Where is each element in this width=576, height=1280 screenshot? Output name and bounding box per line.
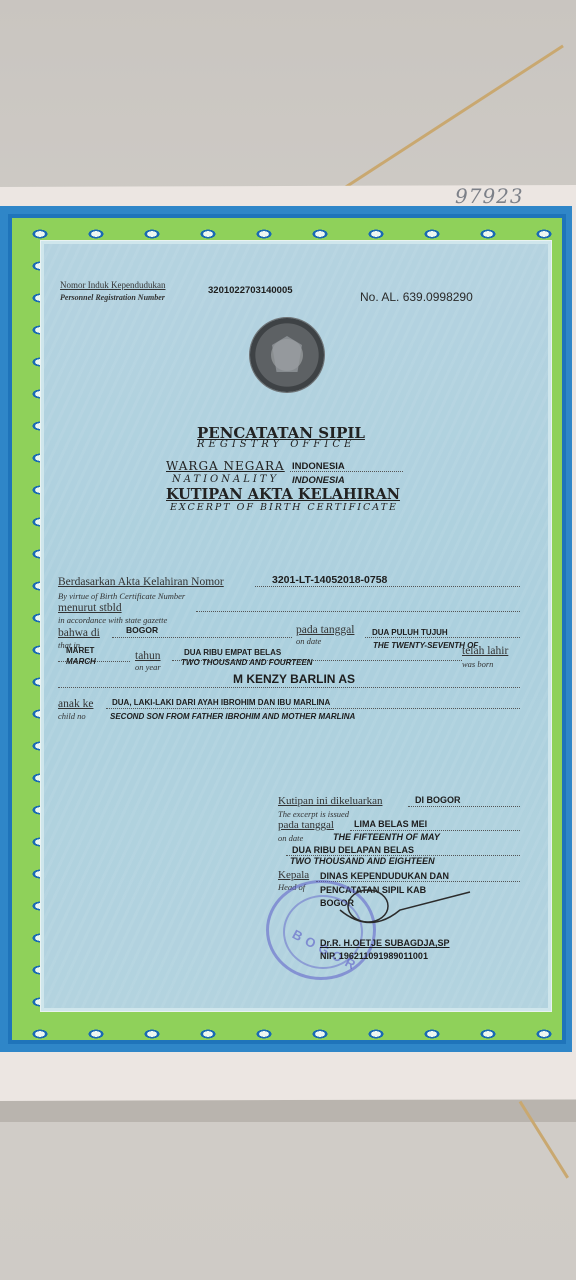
gazette-label: menurut stbld bbox=[58, 602, 122, 614]
issued-place-line bbox=[408, 806, 520, 807]
child-no-value: DUA, LAKI-LAKI DARI AYAH IBROHIM DAN IBU… bbox=[112, 698, 330, 707]
child-no-label: anak ke bbox=[58, 698, 93, 710]
official-name: Dr.R. H.OETJE SUBAGDJA,SP bbox=[320, 938, 450, 948]
nik-label-en: Personnel Registration Number bbox=[60, 293, 165, 302]
issue-year-value-en: TWO THOUSAND AND EIGHTEEN bbox=[290, 856, 435, 866]
document-title: KUTIPAN AKTA KELAHIRAN bbox=[166, 486, 400, 503]
date-label-en: on date bbox=[296, 636, 321, 646]
year-label: tahun bbox=[135, 650, 161, 662]
nationality-label-en: NATIONALITY bbox=[172, 474, 279, 485]
nationality-dotted-line bbox=[290, 471, 403, 472]
place-value: BOGOR bbox=[126, 625, 158, 635]
document-title-en: EXCERPT OF BIRTH CERTIFICATE bbox=[170, 502, 398, 513]
issued-label: Kutipan ini dikeluarkan bbox=[278, 795, 382, 807]
issue-date-value: LIMA BELAS MEI bbox=[354, 819, 427, 829]
issue-date-label-en: on date bbox=[278, 833, 303, 843]
date-label: pada tanggal bbox=[296, 624, 354, 636]
certificate-number-line bbox=[255, 586, 520, 587]
certificate-number-label: Berdasarkan Akta Kelahiran Nomor bbox=[58, 576, 224, 588]
issue-date-value-en: THE FIFTEENTH OF MAY bbox=[333, 832, 440, 842]
child-name: M KENZY BARLIN AS bbox=[233, 672, 355, 686]
garuda-seal-icon bbox=[250, 318, 324, 392]
issue-date-line bbox=[350, 830, 520, 831]
child-no-label-en: child no bbox=[58, 711, 86, 721]
paper-shadow bbox=[0, 1100, 576, 1122]
gazette-line bbox=[196, 611, 520, 612]
nik-label: Nomor Induk Kependudukan bbox=[60, 280, 165, 290]
nationality-value-en: INDONESIA bbox=[292, 475, 345, 486]
head-label: Kepala bbox=[278, 869, 309, 881]
nik-value: 3201022703140005 bbox=[208, 285, 293, 296]
nationality-label: WARGA NEGARA bbox=[166, 459, 285, 473]
issue-year-value: DUA RIBU DELAPAN BELAS bbox=[292, 845, 414, 855]
certificate-number: 3201-LT-14052018-0758 bbox=[272, 574, 387, 586]
office-title-en: REGISTRY OFFICE bbox=[197, 439, 355, 450]
month-value-en: MARCH bbox=[66, 657, 96, 666]
official-nip: NIP. 196211091989011001 bbox=[320, 951, 428, 961]
issued-place: DI BOGOR bbox=[415, 795, 461, 805]
certificate-number-label-en: By virtue of Birth Certificate Number bbox=[58, 591, 185, 601]
born-label-en: was born bbox=[462, 659, 493, 669]
year-value: DUA RIBU EMPAT BELAS bbox=[184, 648, 281, 657]
month-value: MARET bbox=[66, 646, 94, 655]
place-label: bahwa di bbox=[58, 627, 100, 639]
child-no-line bbox=[106, 708, 520, 709]
day-line bbox=[365, 637, 520, 638]
day-value: DUA PULUH TUJUH bbox=[372, 628, 448, 637]
place-line bbox=[112, 637, 292, 638]
floor-tile-seam bbox=[344, 45, 564, 189]
child-name-line bbox=[58, 687, 520, 688]
born-label: telah lahir bbox=[462, 645, 508, 657]
issued-label-en: The excerpt is issued bbox=[278, 809, 349, 819]
handwritten-number: 97923 bbox=[455, 184, 524, 208]
gazette-label-en: in accordance with state gazette bbox=[58, 615, 167, 625]
child-no-value-en: SECOND SON FROM FATHER IBROHIM AND MOTHE… bbox=[110, 712, 355, 721]
serial-number: No. AL. 639.0998290 bbox=[360, 290, 473, 304]
signature-icon bbox=[330, 880, 480, 940]
year-value-en: TWO THOUSAND AND FOURTEEN bbox=[181, 658, 313, 667]
issue-date-label: pada tanggal bbox=[278, 819, 334, 831]
year-label-en: on year bbox=[135, 662, 161, 672]
